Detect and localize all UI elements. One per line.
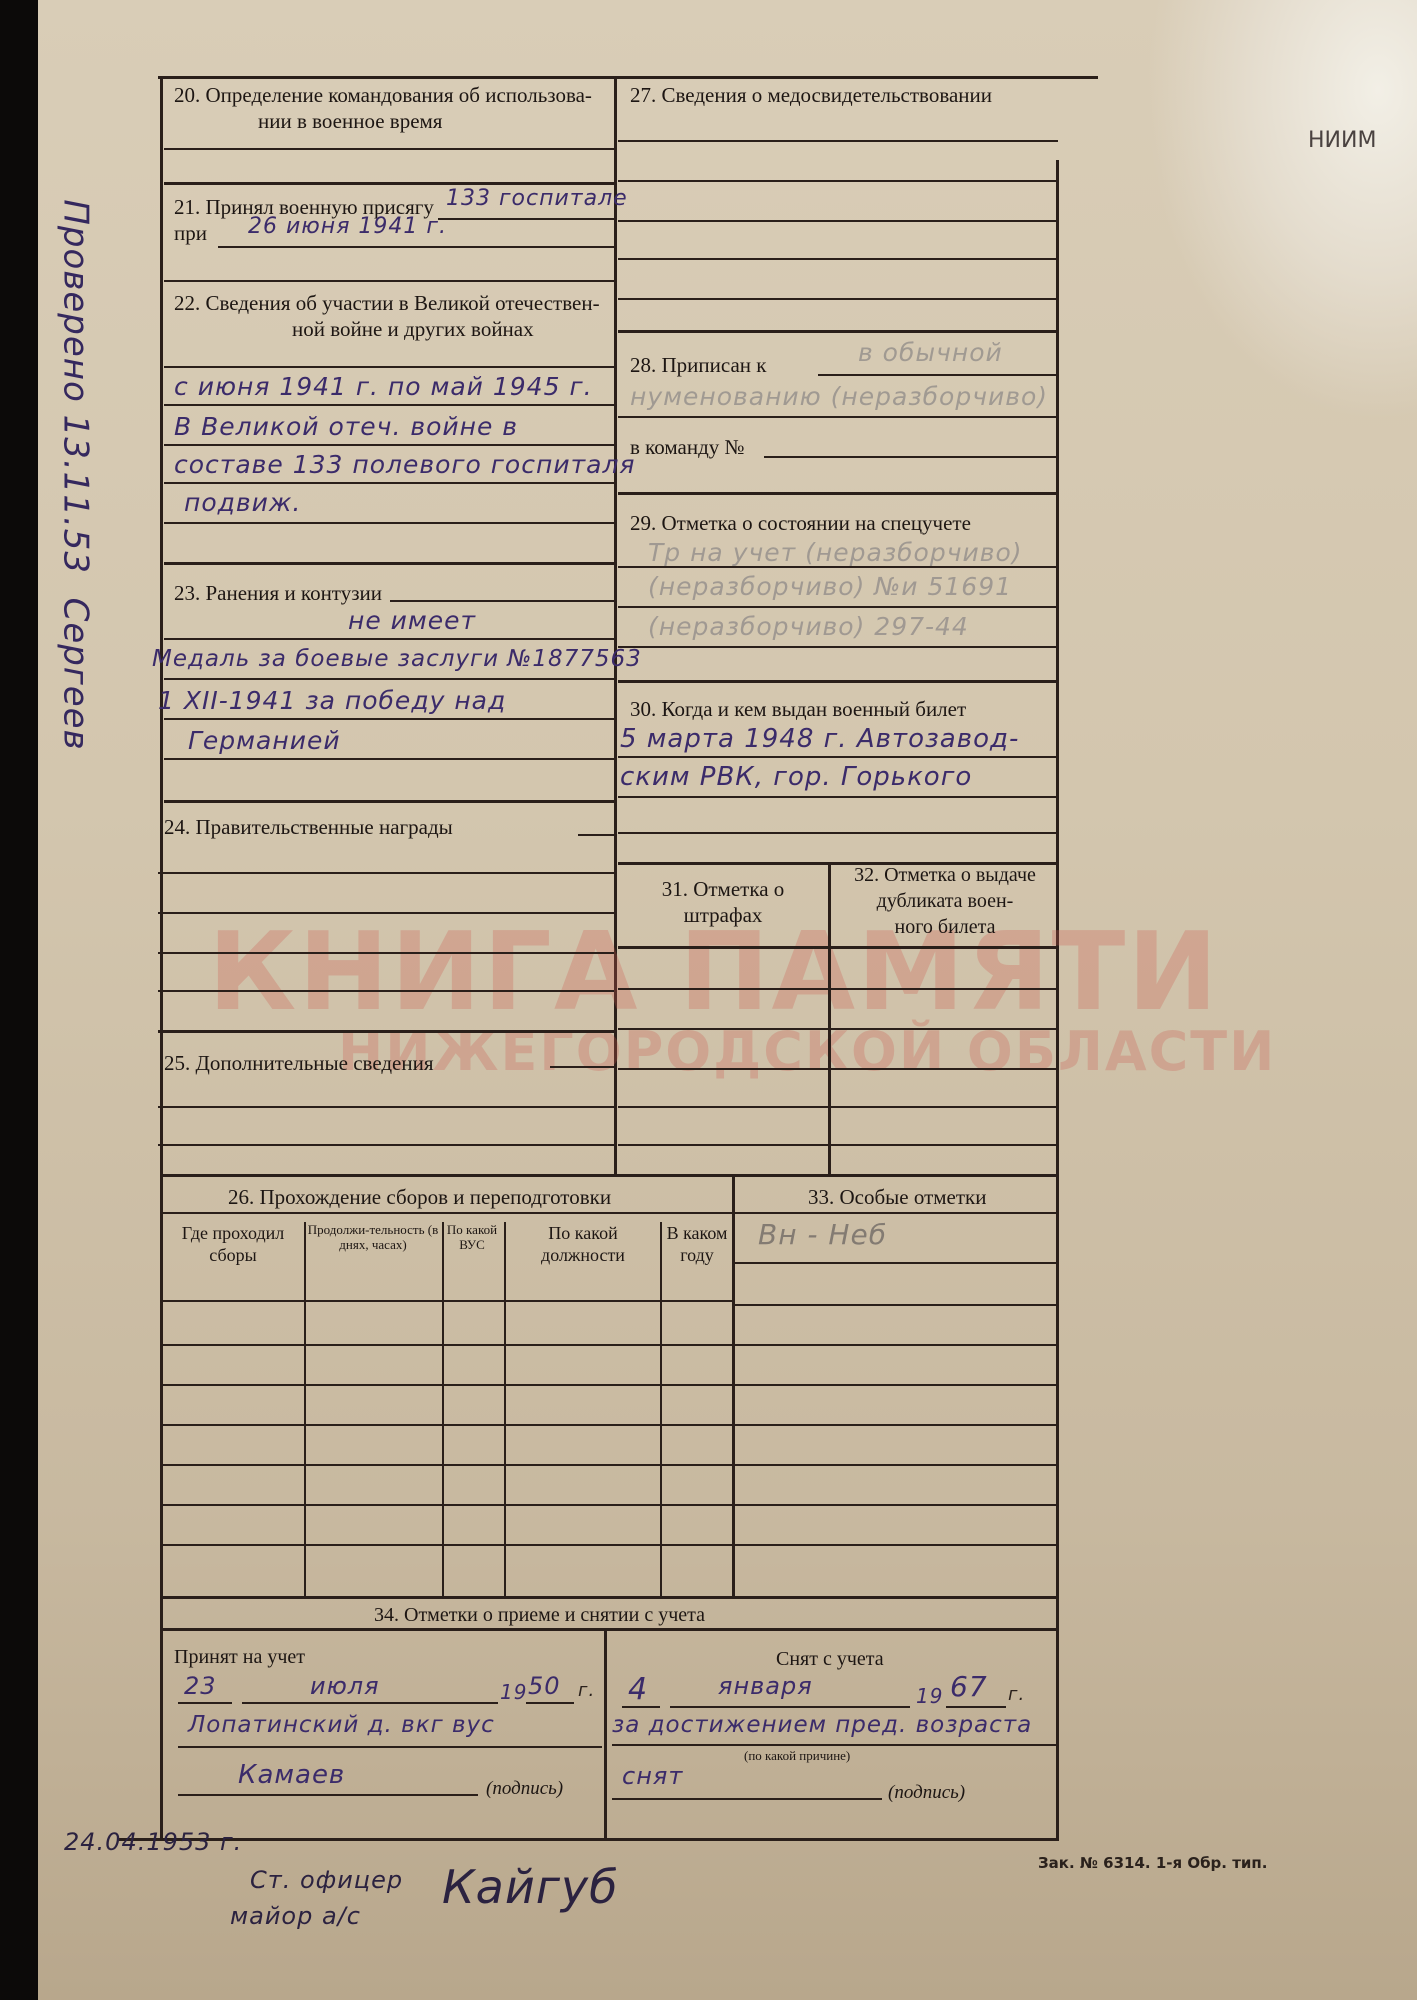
s33-line2 — [734, 1304, 1058, 1306]
s22-title-2: ной войне и других войнах — [292, 316, 534, 342]
margin-verification-note: Проверено 13.11.53 Сергеев — [56, 199, 96, 750]
s26-col-divider-3 — [504, 1222, 506, 1598]
middle-block-end — [160, 1596, 1059, 1599]
footer-date-note: 24.04.1953 г. — [64, 1828, 242, 1856]
s32-title: 32. Отметка о выдаче дубликата воен- ног… — [832, 862, 1058, 940]
s24-line4 — [158, 990, 614, 992]
s34-removed-day: 4 — [628, 1672, 648, 1707]
s34-removed-reason: за достижением пред. возраста — [612, 1712, 1032, 1738]
s34-accepted-label: Принят на учет — [174, 1644, 305, 1670]
s23-end — [164, 800, 614, 803]
s26-col-where: Где проходил сборы — [162, 1222, 304, 1266]
s34-removed-month-line — [670, 1706, 910, 1708]
s29-pencil-3: (неразборчиво) 297-44 — [648, 612, 969, 641]
s33-line6 — [734, 1464, 1058, 1466]
s27-line5 — [618, 298, 1058, 300]
s32-title-3: ного билета — [894, 916, 995, 938]
s30-line-1: 5 марта 1948 г. Автозавод- — [620, 724, 1019, 754]
footer-officer-line2: майор а/с — [230, 1902, 361, 1930]
frame-bottom — [118, 1838, 1059, 1841]
s28-value-pencil-2: нуменованию (неразборчиво) — [630, 382, 1048, 411]
s24-line2 — [158, 912, 614, 914]
s27-title: 27. Сведения о медосвидетельствовании — [630, 82, 992, 108]
s34-removed-year-line — [946, 1706, 1006, 1708]
s20-title-2: нии в военное время — [258, 108, 442, 134]
s23-line3 — [164, 718, 614, 720]
s31-line2 — [618, 1028, 1058, 1030]
s26-row-line — [162, 1544, 732, 1546]
s26-title-line — [162, 1212, 732, 1214]
s34-accepted-by-line — [178, 1746, 602, 1748]
s34-accepted-sign-label: (подпись) — [486, 1776, 563, 1802]
s23-line-2: Медаль за боевые заслуги №1877563 — [152, 646, 642, 672]
s28-line2 — [764, 456, 1058, 458]
s22-line4 — [164, 522, 614, 524]
footer-officer-signature: Кайгуб — [442, 1860, 619, 1914]
s25-line2 — [158, 1144, 614, 1146]
s26-title: 26. Прохождение сборов и переподготовки — [228, 1184, 611, 1210]
s34-divider — [604, 1628, 607, 1838]
s33-pencil-value: Вн - Неб — [758, 1218, 887, 1251]
s34-removed-year: 67 — [950, 1670, 988, 1703]
printer-mark: Зак. № 6314. 1-я Обр. тип. — [1038, 1854, 1267, 1872]
s27-line4 — [618, 258, 1058, 260]
s26-s33-divider — [732, 1174, 735, 1598]
s29-end — [618, 680, 1058, 683]
s22-end — [164, 562, 614, 565]
s24-line3 — [158, 952, 614, 954]
footer-officer-line1: Ст. офицер — [250, 1866, 403, 1894]
s26-col-divider-1 — [304, 1222, 306, 1598]
s26-col-position: По какой должности — [508, 1222, 658, 1266]
s22-line1 — [164, 404, 614, 406]
s33-line7 — [734, 1504, 1058, 1506]
s25-line1 — [158, 1106, 614, 1108]
s34-accepted-day: 23 — [184, 1672, 217, 1700]
s26-row-line — [162, 1344, 732, 1346]
corner-stamp: НИИМ — [1308, 128, 1376, 153]
s34-accepted-year-prefix: 19 — [500, 1680, 527, 1704]
s20-line — [164, 148, 614, 150]
s34-removed-sign-label: (подпись) — [888, 1780, 965, 1806]
s29-title: 29. Отметка о состоянии на спецучете — [630, 510, 971, 536]
s20-title-1: 20. Определение командования об использо… — [174, 82, 592, 108]
s30-title: 30. Когда и кем выдан военный билет — [630, 696, 966, 722]
s26-col-vus: По какой ВУС — [444, 1222, 500, 1252]
margin-note-text: Проверено 13.11.53 — [56, 199, 96, 574]
s34-removed-reason-label: (по какой причине) — [744, 1748, 850, 1763]
watermark-line1: КНИГА ПАМЯТИ — [208, 910, 1220, 1035]
s23-line1 — [164, 638, 614, 640]
margin-note-signature: Сергеев — [56, 598, 96, 751]
s21-line1 — [438, 218, 614, 220]
s22-line2 — [164, 444, 614, 446]
s21-line2 — [218, 246, 614, 248]
s33-title: 33. Особые отметки — [808, 1184, 986, 1210]
s28-end — [618, 492, 1058, 495]
s30-line-2: ским РВК, гор. Горького — [620, 762, 972, 792]
s34-accepted-year: 50 — [528, 1672, 561, 1700]
s22-line-2: В Великой отеч. войне в — [174, 412, 518, 441]
s33-line5 — [734, 1424, 1058, 1426]
s21-end — [164, 280, 614, 282]
s30-line2 — [618, 796, 1058, 798]
s28-title: 28. Приписан к — [630, 352, 766, 378]
s31-line3 — [618, 1068, 1058, 1070]
s26-row-line — [162, 1300, 732, 1302]
s34-removed-month: января — [718, 1672, 813, 1700]
s29-pencil-2: (неразборчиво) №и 51691 — [648, 572, 1012, 601]
s32-title-1: 32. Отметка о выдаче — [854, 864, 1036, 886]
s34-removed-reason2: снят — [622, 1762, 683, 1790]
s33-line3 — [734, 1344, 1058, 1346]
s31-title-2: штрафах — [684, 903, 763, 927]
s22-line-1: с июня 1941 г. по май 1945 г. — [174, 372, 593, 401]
s25-line0 — [550, 1066, 614, 1068]
upper-block-end — [160, 1174, 1059, 1177]
s23-line-4: Германией — [188, 726, 341, 755]
s33-line4 — [734, 1384, 1058, 1386]
s28-line1 — [618, 416, 1058, 418]
s24-end — [158, 1030, 614, 1033]
s24-line1 — [158, 872, 614, 874]
s34-removed-reason-line — [612, 1744, 1058, 1746]
s34-accepted-day-line — [178, 1702, 232, 1704]
s34-accepted-by: Лопатинский д. вкг вус — [188, 1712, 495, 1738]
s26-row-line — [162, 1424, 732, 1426]
s25-title: 25. Дополнительные сведения — [164, 1050, 434, 1076]
s31-line5 — [618, 1144, 1058, 1146]
s27-end — [618, 330, 1058, 333]
s29-line3 — [618, 646, 1058, 648]
s22-line3 — [164, 482, 614, 484]
s23-line-3: 1 XII-1941 за победу над — [158, 686, 506, 715]
s28-team-label: в команду № — [630, 434, 745, 460]
s31-line4 — [618, 1106, 1058, 1108]
s22-line-3: составе 133 полевого госпиталя — [174, 450, 635, 479]
s34-removed-sign-line — [612, 1798, 882, 1800]
s27-line2 — [618, 180, 1058, 182]
s34-accepted-year-suffix: г. — [578, 1680, 595, 1701]
s23-line2 — [164, 678, 614, 680]
s23-line0 — [390, 600, 614, 602]
s32-title-2: дубликата воен- — [877, 890, 1014, 912]
s22-line0 — [164, 366, 614, 368]
s34-accepted-month-line — [242, 1702, 498, 1704]
s23-line4 — [164, 758, 614, 760]
s34-accepted-signature: Камаев — [238, 1760, 345, 1790]
s34-removed-year-prefix: 19 — [916, 1684, 943, 1708]
s28-line0 — [818, 374, 1058, 376]
s34-accepted-sign-line — [178, 1794, 478, 1796]
s31-head-end — [618, 946, 1058, 949]
s31-title-1: 31. Отметка о — [662, 877, 785, 901]
s26-row-line — [162, 1384, 732, 1386]
s26-col-divider-4 — [660, 1222, 662, 1598]
s26-col-divider-2 — [442, 1222, 444, 1598]
s34-removed-year-suffix: г. — [1008, 1684, 1025, 1705]
s21-oath-place: 133 госпитале — [446, 186, 628, 211]
s34-title: 34. Отметки о приеме и снятии с учета — [374, 1602, 705, 1628]
s26-col-year: В каком году — [662, 1222, 732, 1266]
s21-prefix: при — [174, 220, 207, 246]
s21-oath-date: 26 июня 1941 г. — [248, 214, 447, 239]
frame-top — [158, 76, 1098, 79]
s27-line3 — [618, 220, 1058, 222]
s33-title-line — [734, 1212, 1058, 1214]
s23-title: 23. Ранения и контузии — [174, 580, 382, 606]
s28-value-pencil: в обычной — [858, 338, 1003, 367]
s26-row-line — [162, 1504, 732, 1506]
s31-line1 — [618, 988, 1058, 990]
s34-removed-label: Снят с учета — [776, 1646, 884, 1672]
s30-line1 — [618, 756, 1058, 758]
s31-title: 31. Отметка о штрафах — [618, 876, 828, 928]
s33-line1 — [734, 1262, 1058, 1264]
s20-end — [164, 182, 614, 185]
s30-line3 — [618, 832, 1058, 834]
document-page: КНИГА ПАМЯТИ НИЖЕГОРОДСКОЙ ОБЛАСТИ Прове… — [38, 0, 1417, 2000]
s31-s32-divider — [828, 862, 831, 1176]
s34-accepted-year-line — [526, 1702, 574, 1704]
s26-col-duration: Продолжи-тельность (в днях, часах) — [306, 1222, 440, 1252]
s29-line1 — [618, 566, 1058, 568]
s24-title: 24. Правительственные награды — [164, 814, 453, 840]
s34-removed-day-line — [622, 1706, 660, 1708]
s29-pencil-1: Тр на учет (неразборчиво) — [648, 538, 1023, 567]
s24-line0 — [578, 834, 614, 836]
frame-left — [160, 76, 163, 1841]
s34-title-line — [160, 1628, 1059, 1631]
s27-line1 — [618, 140, 1058, 142]
s26-row-line — [162, 1464, 732, 1466]
s34-accepted-month: июля — [310, 1672, 380, 1700]
s23-line-1: не имеет — [348, 606, 476, 635]
s22-line-4: подвиж. — [184, 488, 301, 517]
s33-line8 — [734, 1544, 1058, 1546]
s22-title-1: 22. Сведения об участии в Великой отечес… — [174, 290, 600, 316]
s29-line2 — [618, 606, 1058, 608]
